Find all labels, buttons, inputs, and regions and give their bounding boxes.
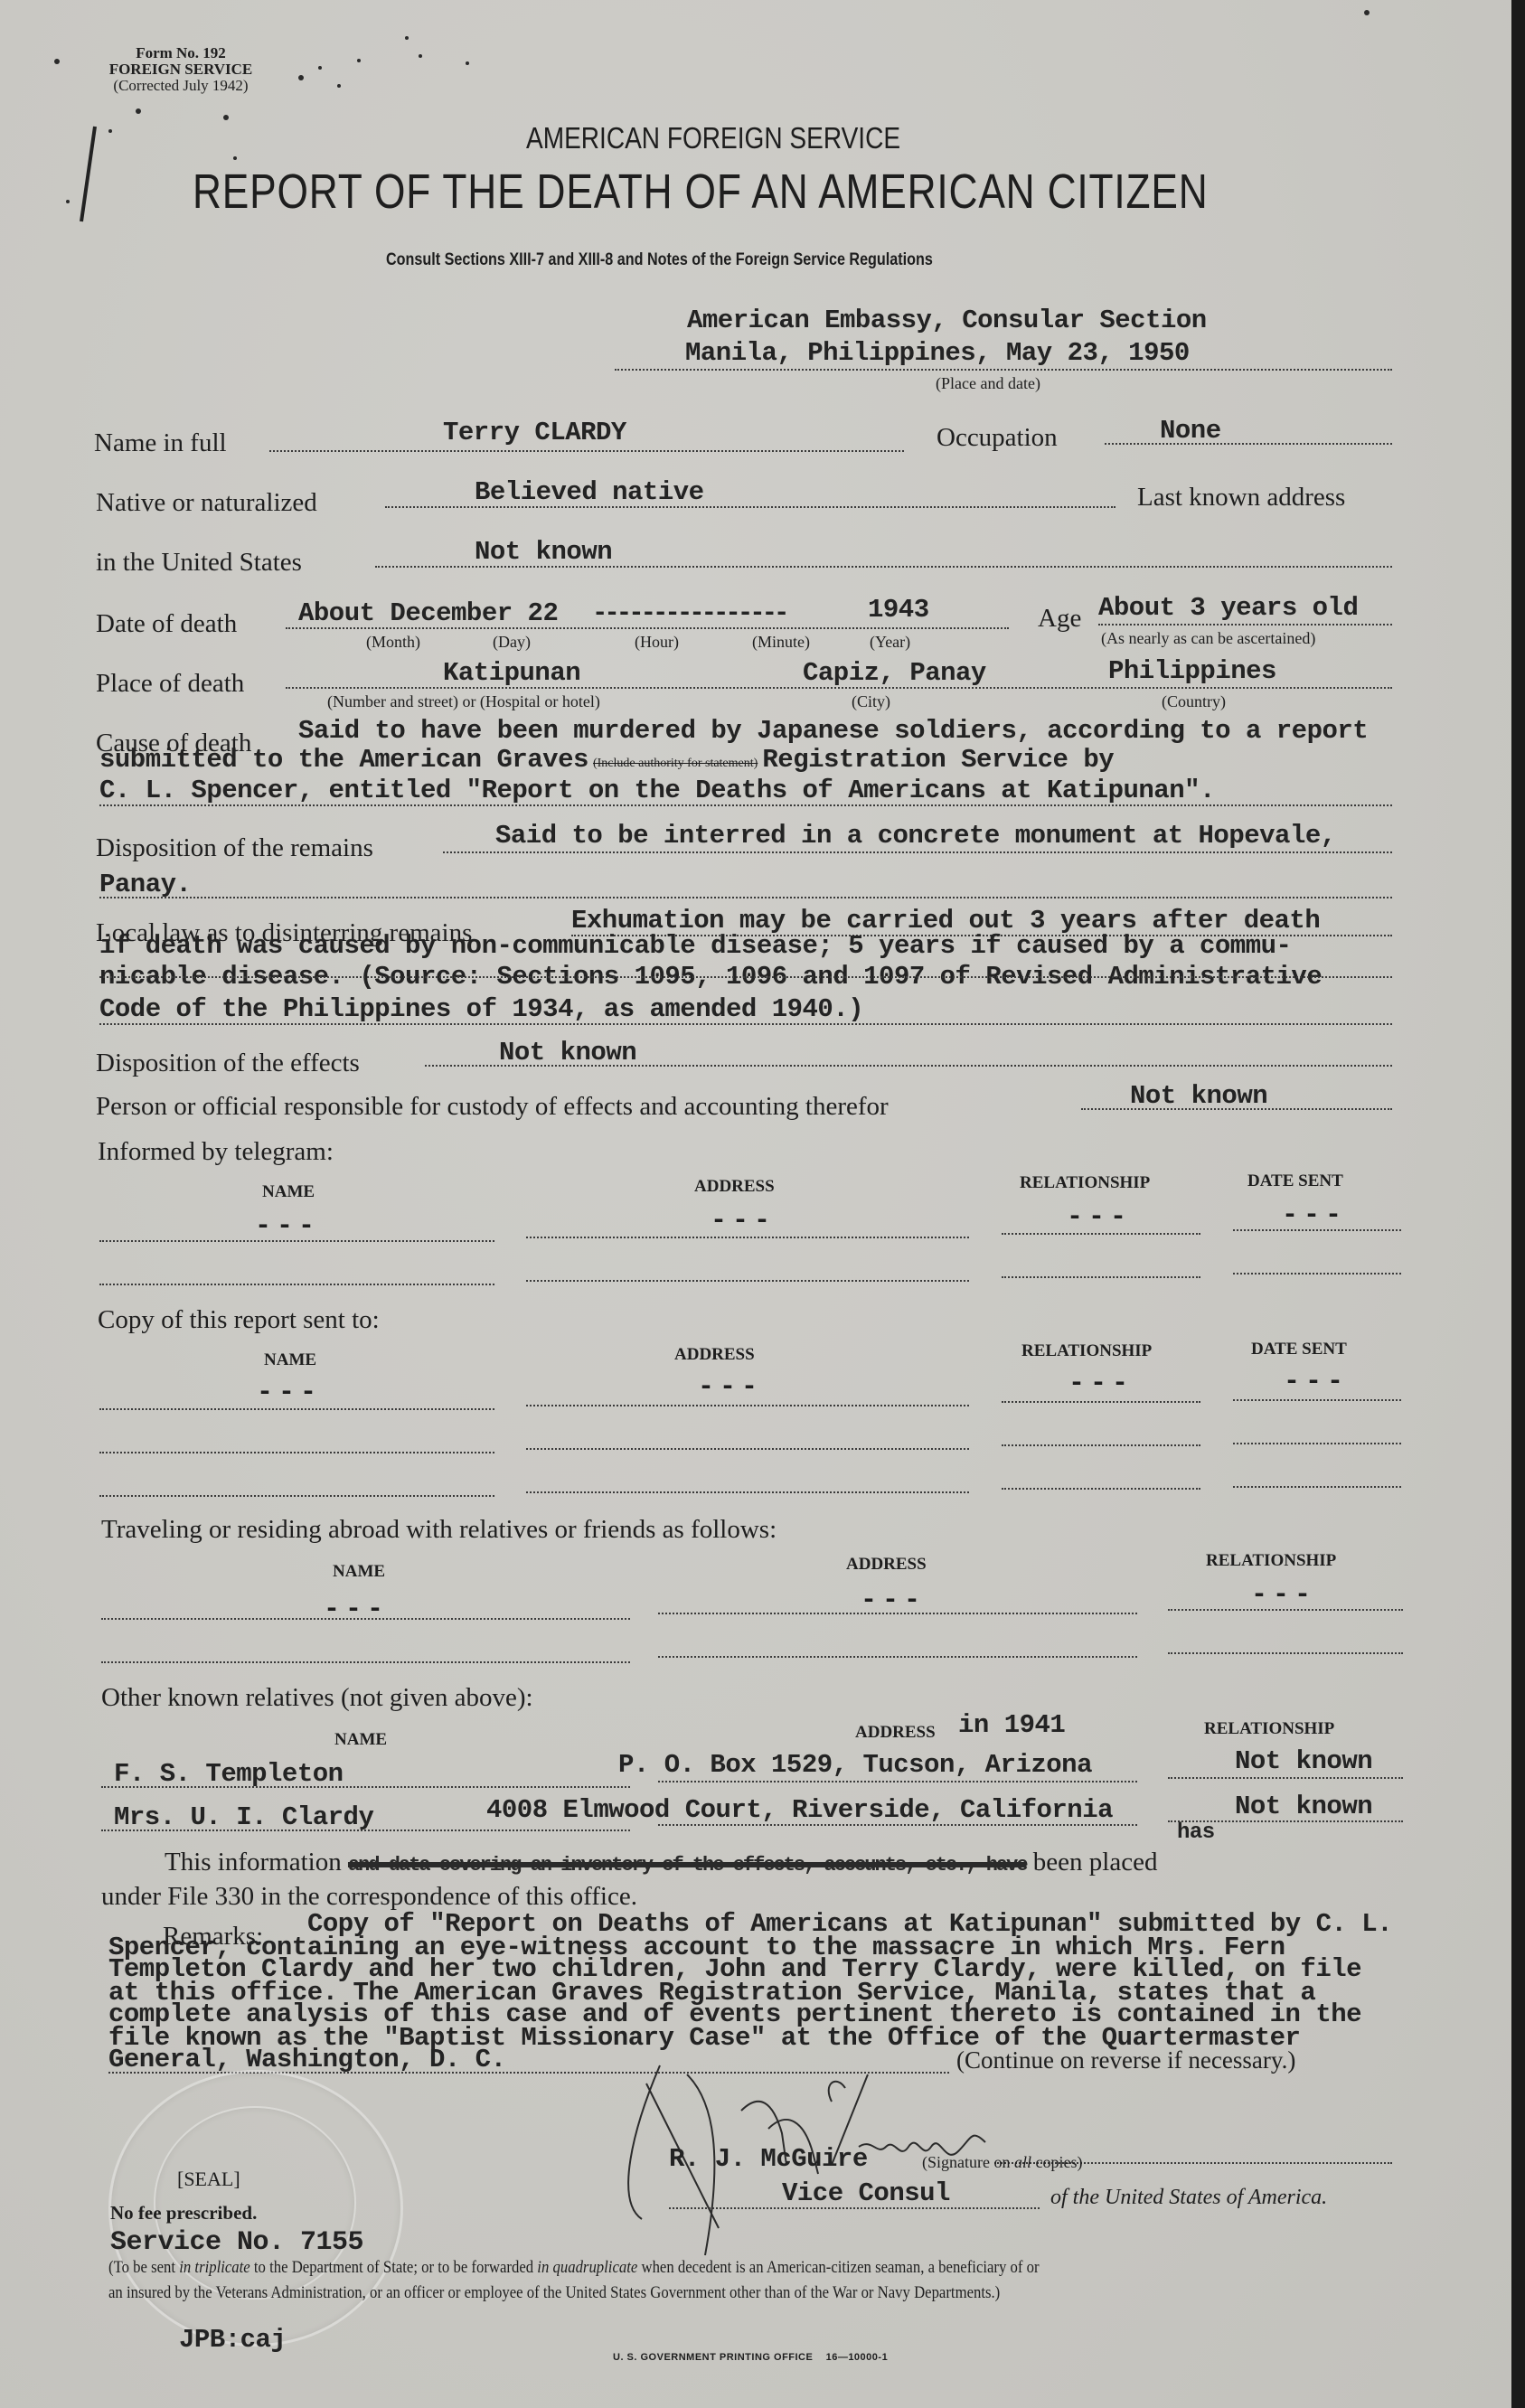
occupation-value[interactable]: None	[1160, 416, 1221, 446]
seal-label: [SEAL]	[177, 2168, 240, 2191]
of-united-states: of the United States of America.	[1050, 2186, 1327, 2210]
copy-r2-rel-line	[1002, 1444, 1200, 1446]
cause-underline	[99, 804, 1392, 806]
copy-col-address: ADDRESS	[674, 1345, 755, 1365]
remains-underline	[443, 851, 1392, 853]
place-country-value[interactable]: Philippines	[1108, 656, 1276, 686]
relatives-col-relationship: RELATIONSHIP	[1204, 1719, 1334, 1739]
name-value[interactable]: Terry CLARDY	[443, 418, 626, 447]
law-line-4[interactable]: Code of the Philippines of 1934, as amen…	[99, 994, 863, 1024]
gpo-number: 16—10000-1	[826, 2352, 889, 2363]
copy-r3-name-line	[99, 1495, 494, 1497]
traveling-r1-rel-line	[1168, 1609, 1403, 1611]
signature-caption: (Signature on all copies)	[922, 2153, 1082, 2172]
file-info-inserted: has	[1177, 1820, 1215, 1845]
telegram-r2-name-line	[99, 1284, 494, 1285]
file-info-line-1: This information and data covering an in…	[165, 1848, 1157, 1877]
telegram-r2-date-line	[1233, 1273, 1401, 1275]
cause-line-3[interactable]: C. L. Spencer, entitled "Report on the D…	[99, 776, 1215, 805]
place-date-caption: (Place and date)	[936, 374, 1040, 393]
page-title: REPORT OF THE DEATH OF AN AMERICAN CITIZ…	[193, 164, 1209, 220]
name-underline	[269, 450, 904, 452]
telegram-r1-address-line	[526, 1237, 969, 1238]
copy-col-date: DATE SENT	[1251, 1340, 1347, 1359]
traveling-r1-relationship[interactable]: ---	[1251, 1580, 1316, 1611]
us-address-value[interactable]: Not known	[475, 537, 612, 567]
signature-caption-italic: all	[1014, 2153, 1031, 2171]
cause-line-2a: submitted to the American Graves	[99, 745, 588, 775]
relatives-col-address: ADDRESS	[855, 1723, 936, 1743]
remains-underline-2	[99, 897, 1392, 898]
telegram-col-date: DATE SENT	[1247, 1171, 1343, 1191]
relatives-r1-name-line	[101, 1786, 630, 1788]
occupation-underline	[1105, 443, 1392, 445]
relatives-r1-rel-line	[1168, 1777, 1403, 1779]
date-sub-hour: (Hour)	[635, 633, 679, 652]
service-number: Service No. 7155	[110, 2227, 363, 2258]
relatives-r1-relationship[interactable]: Not known	[1235, 1746, 1372, 1776]
age-value[interactable]: About 3 years old	[1098, 593, 1358, 623]
no-fee-note: No fee prescribed.	[110, 2202, 257, 2225]
relatives-r1-address[interactable]: P. O. Box 1529, Tucson, Arizona	[618, 1750, 1092, 1780]
footnote-1a: (To be sent	[108, 2258, 179, 2277]
relatives-r1-name[interactable]: F. S. Templeton	[114, 1759, 344, 1789]
consult-note: Consult Sections XIII-7 and XIII-8 and N…	[386, 250, 933, 270]
typist-initials: JPB:caj	[179, 2325, 286, 2355]
effects-label: Disposition of the effects	[96, 1049, 360, 1078]
footnote-1-quadruplicate: in quadruplicate	[537, 2258, 637, 2277]
law-line-2[interactable]: if death was caused by non-communicable …	[99, 931, 1291, 961]
place-line-1: American Embassy, Consular Section	[687, 306, 1207, 335]
remarks-line-7[interactable]: General, Washington, D. C.	[108, 2045, 505, 2074]
telegram-r1-relationship[interactable]: ---	[1067, 1202, 1132, 1233]
place-city-value[interactable]: Capiz, Panay	[803, 658, 986, 688]
place-of-death-label: Place of death	[96, 669, 244, 699]
place-date-underline	[615, 369, 1392, 371]
relatives-r2-name[interactable]: Mrs. U. I. Clardy	[114, 1802, 373, 1832]
custody-value[interactable]: Not known	[1130, 1081, 1267, 1111]
traveling-col-address: ADDRESS	[846, 1555, 927, 1575]
date-year[interactable]: 1943	[868, 595, 929, 625]
telegram-r1-address[interactable]: ---	[711, 1206, 776, 1237]
traveling-r1-name-line	[101, 1618, 630, 1620]
place-sub-street: (Number and street) or (Hospital or hote…	[327, 692, 600, 711]
footnote-line-2: an insured by the Veterans Administratio…	[108, 2283, 1000, 2303]
date-sub-month: (Month)	[366, 633, 420, 652]
file-info-struck: and data covering an inventory of the ef…	[348, 1854, 1027, 1877]
relatives-r2-name-line	[101, 1830, 630, 1831]
cause-struck-note: (Include authority for statement)	[593, 757, 758, 770]
effects-value[interactable]: Not known	[499, 1038, 636, 1068]
document-page: Form No. 192 FOREIGN SERVICE (Corrected …	[0, 0, 1511, 2408]
form-corrected: (Corrected July 1942)	[90, 78, 271, 94]
custody-label: Person or official responsible for custo…	[96, 1092, 889, 1122]
traveling-r1-name[interactable]: ---	[324, 1594, 389, 1625]
relatives-address-note: in 1941	[958, 1710, 1065, 1740]
relatives-r2-relationship[interactable]: Not known	[1235, 1792, 1372, 1821]
signature-caption-post: copies)	[1031, 2153, 1082, 2171]
traveling-col-name: NAME	[333, 1562, 385, 1582]
file-info-line-2: under File 330 in the correspondence of …	[101, 1882, 637, 1912]
form-number-block: Form No. 192 FOREIGN SERVICE (Corrected …	[90, 45, 271, 94]
cause-line-2b: Registration Service by	[762, 745, 1114, 775]
traveling-r2-address-line	[658, 1656, 1137, 1658]
footnote-1-triplicate: in triplicate	[179, 2258, 249, 2277]
copy-r1-address[interactable]: ---	[698, 1372, 763, 1403]
date-of-death-label: Date of death	[96, 609, 237, 639]
us-address-label: in the United States	[96, 548, 302, 578]
remains-line-2[interactable]: Panay.	[99, 870, 191, 899]
law-underline-4	[99, 1023, 1392, 1025]
date-sub-year: (Year)	[870, 633, 910, 652]
telegram-title: Informed by telegram:	[98, 1137, 334, 1167]
footnote-line-1: (To be sent in triplicate to the Departm…	[108, 2258, 1040, 2278]
footnote-1c: when decedent is an American-citizen sea…	[637, 2258, 1039, 2277]
cause-line-2[interactable]: submitted to the American Graves (Includ…	[99, 745, 1114, 775]
copy-r2-date-line	[1233, 1443, 1401, 1444]
age-underline	[1098, 624, 1392, 626]
relatives-r1-address-line	[658, 1781, 1137, 1782]
copy-sent-title: Copy of this report sent to:	[98, 1305, 380, 1335]
gpo-name: U. S. GOVERNMENT PRINTING OFFICE	[613, 2352, 813, 2363]
traveling-r2-name-line	[101, 1661, 630, 1663]
occupation-label: Occupation	[937, 423, 1058, 453]
cause-line-1[interactable]: Said to have been murdered by Japanese s…	[298, 716, 1368, 746]
copy-r1-address-line	[526, 1405, 969, 1406]
date-value[interactable]: About December 22	[298, 598, 558, 628]
place-line-2: Manila, Philippines, May 23, 1950	[685, 338, 1190, 368]
age-label: Age	[1038, 604, 1081, 634]
relatives-title: Other known relatives (not given above):	[101, 1683, 533, 1713]
copy-r3-rel-line	[1002, 1488, 1200, 1490]
copy-r2-name-line	[99, 1452, 494, 1453]
signature-caption-pre: (Signature on	[922, 2153, 1014, 2171]
traveling-title: Traveling or residing abroad with relati…	[101, 1515, 777, 1545]
handwritten-signature	[560, 2047, 1193, 2273]
telegram-col-address: ADDRESS	[694, 1177, 775, 1197]
copy-r1-name-line	[99, 1408, 494, 1410]
native-label: Native or naturalized	[96, 488, 317, 518]
relatives-col-name: NAME	[334, 1730, 387, 1750]
pen-mark-decoration	[81, 127, 95, 221]
date-sub-minute: (Minute)	[752, 633, 810, 652]
native-value[interactable]: Believed native	[475, 477, 704, 507]
date-sub-day: (Day)	[493, 633, 531, 652]
name-label: Name in full	[94, 428, 227, 458]
copy-col-name: NAME	[264, 1350, 316, 1370]
remains-line-1[interactable]: Said to be interred in a concrete monume…	[495, 821, 1336, 851]
copy-r1-relationship[interactable]: ---	[1068, 1369, 1134, 1399]
traveling-r2-rel-line	[1168, 1652, 1403, 1654]
signer-title: Vice Consul	[782, 2178, 950, 2208]
telegram-r1-date-line	[1233, 1229, 1401, 1231]
telegram-r1-name-line	[99, 1240, 494, 1242]
copy-r1-rel-line	[1002, 1401, 1200, 1403]
traveling-r1-address[interactable]: ---	[861, 1585, 926, 1616]
scan-edge-decoration	[1511, 0, 1525, 2408]
copy-r3-address-line	[526, 1491, 969, 1493]
agency-heading: AMERICAN FOREIGN SERVICE	[526, 121, 900, 155]
copy-col-relationship: RELATIONSHIP	[1021, 1341, 1152, 1361]
form-service: FOREIGN SERVICE	[90, 61, 271, 78]
traveling-col-relationship: RELATIONSHIP	[1206, 1551, 1336, 1571]
copy-r2-address-line	[526, 1448, 969, 1450]
telegram-r1-date[interactable]: ---	[1282, 1200, 1347, 1231]
gpo-imprint: U. S. GOVERNMENT PRINTING OFFICE 16—1000…	[613, 2352, 888, 2363]
form-number: Form No. 192	[90, 45, 271, 61]
telegram-r2-address-line	[526, 1280, 969, 1282]
place-street-value[interactable]: Katipunan	[443, 658, 580, 688]
law-underline-3	[99, 976, 1392, 978]
date-dashes: ----------------	[592, 598, 786, 628]
footnote-1b: to the Department of State; or to be for…	[250, 2258, 538, 2277]
last-address-label: Last known address	[1137, 483, 1345, 513]
telegram-r1-rel-line	[1002, 1233, 1200, 1235]
telegram-col-name: NAME	[262, 1182, 315, 1202]
copy-r1-date[interactable]: ---	[1284, 1367, 1349, 1397]
copy-r1-date-line	[1233, 1399, 1401, 1401]
signer-name: R. J. McGuire	[669, 2144, 868, 2174]
telegram-r1-name[interactable]: ---	[255, 1211, 320, 1242]
relatives-r2-address-line	[658, 1824, 1137, 1826]
place-sub-country: (Country)	[1162, 692, 1226, 711]
age-sub: (As nearly as can be ascertained)	[1101, 629, 1315, 648]
telegram-col-relationship: RELATIONSHIP	[1020, 1173, 1150, 1193]
copy-r3-date-line	[1233, 1486, 1401, 1488]
telegram-r2-rel-line	[1002, 1276, 1200, 1278]
file-info-suffix: been placed	[1033, 1848, 1158, 1877]
copy-r1-name[interactable]: ---	[257, 1378, 322, 1408]
file-info-prefix: This information	[165, 1848, 342, 1877]
place-sub-city: (City)	[852, 692, 890, 711]
traveling-r1-address-line	[658, 1613, 1137, 1614]
relatives-r2-address[interactable]: 4008 Elmwood Court, Riverside, Californi…	[486, 1795, 1113, 1825]
remains-label: Disposition of the remains	[96, 833, 373, 863]
title-underline	[669, 2207, 1040, 2209]
